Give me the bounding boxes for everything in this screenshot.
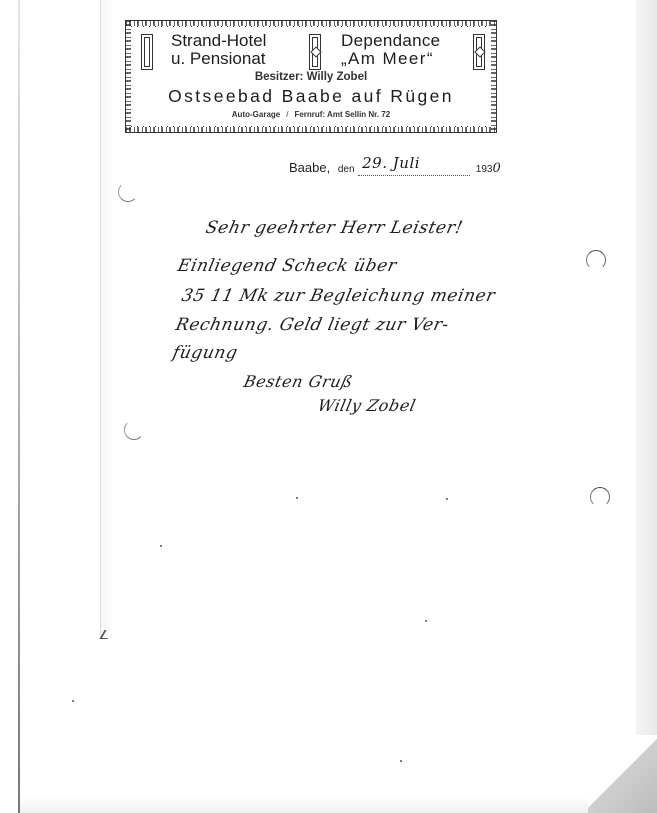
page-corner-fold [588,735,657,813]
scan-left-edge [18,0,20,813]
chain-border-right [491,21,496,132]
punch-hole-mark [590,487,610,507]
scan-speck [446,498,448,500]
scan-speck [400,760,402,762]
date-year-handwritten: 0 [492,161,500,176]
dependance-line2: „Am Meer“ [341,49,434,69]
scan-right-strip [636,0,657,813]
date-year-printed: 193 [476,164,493,175]
hotel-name-line1: Strand-Hotel [171,31,266,51]
punch-hole-mark [586,250,606,270]
punch-hole-mark [124,420,144,440]
letter-body-line: Rechnung. Geld liegt zur Ver- [174,315,451,335]
ornament-diamond-icon [309,34,321,70]
ornament-diamond-icon [473,34,485,70]
ornament-frame-icon [141,34,153,70]
date-dotted-field: 29. Juli [358,160,470,176]
letter-body-line: Einliegend Scheck über [176,256,399,276]
hotel-name-line2: u. Pensionat [171,49,266,69]
handwritten-date: 29. Juli [362,154,420,172]
place-line: Ostseebad Baabe auf Rügen [131,86,491,107]
letter-body-line: 35 11 Mk zur Begleichung meiner [180,286,497,306]
letter-closing: Besten Gruß [242,372,355,391]
contact-phone: Fernruf: Amt Sellin Nr. 72 [294,110,390,119]
letter-signature: Willy Zobel [316,396,418,415]
scan-speck [160,545,162,547]
chain-border-top [126,21,496,26]
scan-speck [296,497,298,499]
contact-line: Auto-Garage/Fernruf: Amt Sellin Nr. 72 [131,110,491,119]
scan-speck [425,620,427,622]
contact-separator: / [286,110,288,119]
letter-body-line: fügung [171,343,240,363]
date-line: Baabe, den 29. Juli 1930 [289,160,501,176]
date-place: Baabe, [289,160,330,175]
scan-speck [72,700,74,702]
scan-bottom-shade [20,795,620,813]
letterhead: Strand-Hotel u. Pensionat Dependance „Am… [126,21,496,132]
date-den-label: den [338,164,355,175]
punch-hole-mark [118,182,138,202]
letter-salutation: Sehr geehrter Herr Leister! [204,218,465,238]
dependance-line1: Dependance [341,31,440,51]
owner-line: Besitzer: Willy Zobel [131,71,491,83]
chain-border-bottom [126,127,496,132]
contact-garage: Auto-Garage [232,110,280,119]
